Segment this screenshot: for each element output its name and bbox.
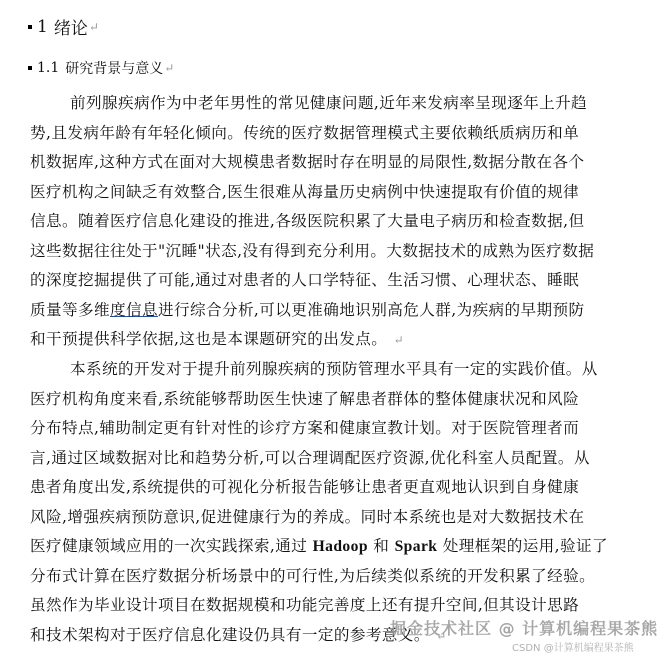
text-run: 处理框架的运用,验证了 — [443, 537, 608, 555]
text-line: 的深度挖掘提供了可能,通过对患者的人口学特征、生活习惯、心理状态、睡眠 — [30, 266, 600, 296]
heading-level-1: 1 绪论 ↵ — [28, 14, 99, 39]
heading-number: 1.1 — [37, 60, 59, 76]
text-run-hadoop: Hadoop — [313, 538, 368, 555]
text-line: 这些数据往往处于"沉睡"状态,没有得到充分利用。大数据技术的成熟为医疗数据 — [30, 237, 600, 267]
paragraph-significance: 本系统的开发对于提升前列腺疾病的预防管理水平具有一定的实践价值。从 医疗机构角度… — [30, 355, 600, 650]
text-line: 势,且发病年龄有年轻化倾向。传统的医疗数据管理模式主要依赖纸质病历和单 — [30, 119, 600, 149]
list-bullet-icon — [28, 25, 32, 29]
heading-number: 1 — [37, 17, 48, 37]
text-line: 质量等多维度信息进行综合分析,可以更准确地识别高危人群,为疾病的早期预防 — [30, 296, 600, 326]
heading-level-2: 1.1 研究背景与意义 ↵ — [28, 58, 174, 78]
paragraph-mark-icon: ↵ — [89, 20, 99, 34]
text-run: 医疗健康领域应用的一次实践探索,通过 — [30, 537, 307, 555]
list-bullet-icon — [28, 66, 32, 70]
text-line: 分布特点,辅助制定更有针对性的诊疗方案和健康宣教计划。对于医院管理者而 — [30, 414, 600, 444]
text-run: 进行综合分析,可以更准确地识别高危人群,为疾病的早期预防 — [158, 301, 585, 319]
text-line: 信息。随着医疗信息化建设的推进,各级医院积累了大量电子病历和检查数据,但 — [30, 207, 600, 237]
text-line: 医疗机构角度来看,系统能够帮助医生快速了解患者群体的整体健康状况和风险 — [30, 385, 600, 415]
text-line: 患者角度出发,系统提供的可视化分析报告能够让患者更直观地认识到自身健康 — [30, 473, 600, 503]
text-line: 和干预提供科学依据,这也是本课题研究的出发点。 ↵ — [30, 325, 600, 355]
text-run: 和 — [373, 537, 389, 555]
text-line: 本系统的开发对于提升前列腺疾病的预防管理水平具有一定的实践价值。从 — [30, 355, 600, 385]
text-line: 言,通过区域数据对比和趋势分析,可以合理调配医疗资源,优化科室人员配置。从 — [30, 444, 600, 474]
watermark-juejin: 掘金技术社区 @ 计算机编程果茶熊 — [390, 616, 658, 639]
watermark-csdn: CSDN @计算机编程果茶熊 — [512, 639, 634, 654]
heading-title: 研究背景与意义 — [65, 58, 163, 78]
paragraph-background: 前列腺疾病作为中老年男性的常见健康问题,近年来发病率呈现逐年上升趋 势,且发病年… — [30, 89, 600, 355]
text-line: 医疗机构之间缺乏有效整合,医生很难从海量历史病例中快速提取有价值的规律 — [30, 178, 600, 208]
text-run: 和干预提供科学依据,这也是本课题研究的出发点。 — [30, 330, 387, 348]
text-line: 机数据库,这种方式在面对大规模患者数据时存在明显的局限性,数据分散在各个 — [30, 148, 600, 178]
text-line: 医疗健康领域应用的一次实践探索,通过 Hadoop 和 Spark 处理框架的运… — [30, 532, 600, 562]
text-run: 和技术架构对于医疗信息化建设仍具有一定的参考意义。 — [30, 626, 430, 644]
heading-title: 绪论 — [54, 14, 88, 39]
text-run: 质量等多维 — [30, 301, 110, 319]
paragraph-mark-icon: ↵ — [164, 61, 174, 75]
grammar-underline-text: 度信息 — [110, 301, 158, 319]
text-line: 前列腺疾病作为中老年男性的常见健康问题,近年来发病率呈现逐年上升趋 — [30, 89, 600, 119]
text-line: 分布式计算在医疗数据分析场景中的可行性,为后续类似系统的开发积累了经验。 — [30, 562, 600, 592]
text-run-spark: Spark — [395, 538, 438, 555]
text-line: 风险,增强疾病预防意识,促进健康行为的养成。同时本系统也是对大数据技术在 — [30, 503, 600, 533]
paragraph-mark-icon: ↵ — [394, 333, 404, 347]
